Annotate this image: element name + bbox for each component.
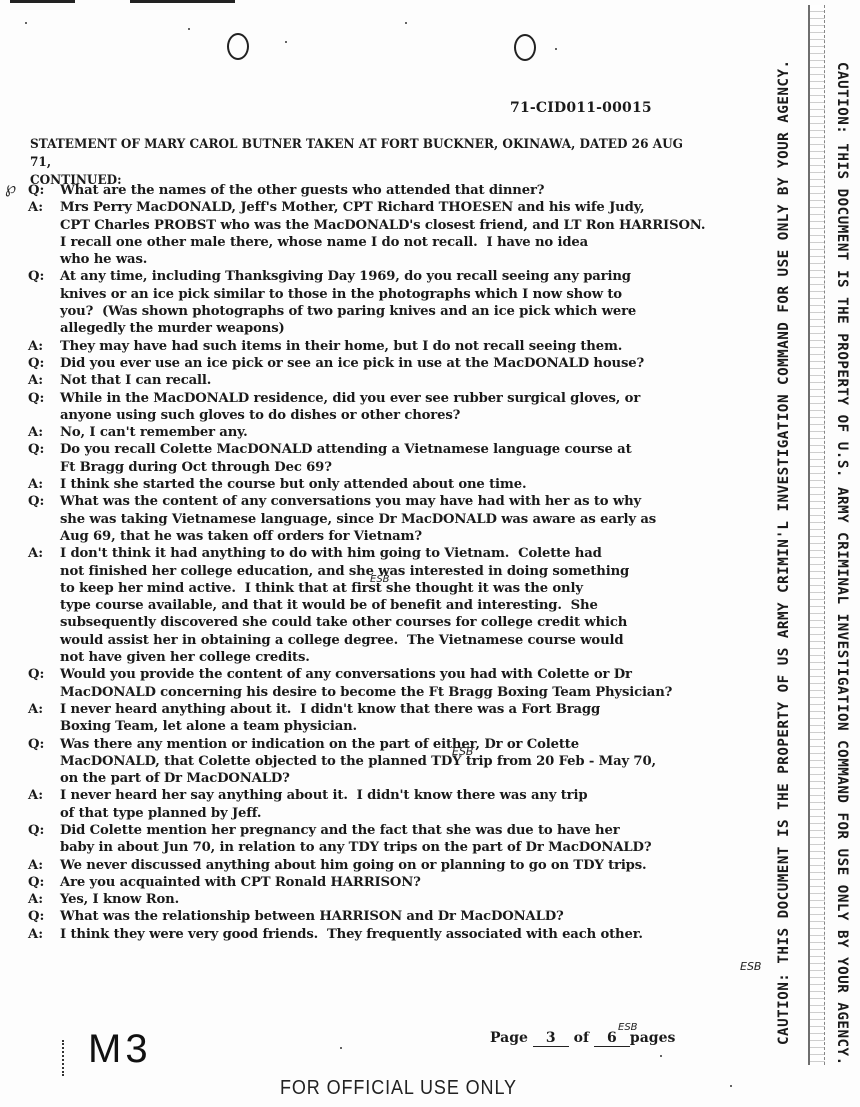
question-entry: Q:What are the names of the other guests…: [18, 182, 778, 199]
answer-entry: A:I don't think it had anything to do wi…: [18, 545, 778, 666]
entry-label: Q:: [18, 390, 60, 425]
entry-label: A:: [18, 701, 60, 736]
question-entry: Q:While in the MacDONALD residence, did …: [18, 390, 778, 425]
entry-label: Q:: [18, 182, 60, 199]
question-entry: Q:What was the relationship between HARR…: [18, 908, 778, 925]
entry-text: What was the content of any conversation…: [60, 493, 778, 545]
handwritten-initials: ESB: [452, 745, 473, 758]
entry-text: Was there any mention or indication on t…: [60, 736, 778, 788]
entry-text: At any time, including Thanksgiving Day …: [60, 268, 778, 337]
question-entry: Q:What was the content of any conversati…: [18, 493, 778, 545]
question-answer-list: Q:What are the names of the other guests…: [18, 182, 778, 943]
speck: [405, 22, 407, 24]
question-entry: Q:Would you provide the content of any c…: [18, 666, 778, 701]
entry-text: They may have had such items in their ho…: [60, 338, 778, 355]
entry-label: A:: [18, 857, 60, 874]
speck: [285, 41, 287, 43]
question-entry: Q:At any time, including Thanksgiving Da…: [18, 268, 778, 337]
entry-text: Not that I can recall.: [60, 372, 778, 389]
exhibit-mark: M3: [88, 1027, 152, 1072]
punch-hole-left: [227, 33, 249, 60]
handwritten-initials: ESB: [740, 960, 761, 973]
entry-text: Are you acquainted with CPT Ronald HARRI…: [60, 874, 778, 891]
speck: [25, 22, 27, 24]
punch-hole-right: [514, 34, 536, 61]
entry-label: A:: [18, 476, 60, 493]
answer-entry: A:Yes, I know Ron.: [18, 891, 778, 908]
entry-text: I never heard anything about it. I didn'…: [60, 701, 778, 736]
answer-entry: A:I never heard her say anything about i…: [18, 787, 778, 822]
page-of: of: [574, 1030, 589, 1046]
footer-classification: FOR OFFICIAL USE ONLY: [280, 1077, 517, 1100]
question-entry: Q:Did Colette mention her pregnancy and …: [18, 822, 778, 857]
entry-text: I think she started the course but only …: [60, 476, 778, 493]
entry-text: No, I can't remember any.: [60, 424, 778, 441]
speck: [730, 1085, 732, 1087]
entry-text: I never heard her say anything about it.…: [60, 787, 778, 822]
answer-entry: A:We never discussed anything about him …: [18, 857, 778, 874]
entry-label: Q:: [18, 268, 60, 337]
margin-bracket: [62, 1040, 70, 1076]
entry-label: A:: [18, 787, 60, 822]
entry-text: Yes, I know Ron.: [60, 891, 778, 908]
question-entry: Q:Did you ever use an ice pick or see an…: [18, 355, 778, 372]
speck: [555, 48, 557, 50]
page-current: 3: [533, 1030, 569, 1047]
entry-label: Q:: [18, 441, 60, 476]
entry-text: While in the MacDONALD residence, did yo…: [60, 390, 778, 425]
speck: [188, 28, 190, 30]
entry-label: Q:: [18, 908, 60, 925]
entry-label: Q:: [18, 355, 60, 372]
entry-label: A:: [18, 545, 60, 666]
entry-text: Would you provide the content of any con…: [60, 666, 778, 701]
entry-label: A:: [18, 372, 60, 389]
document-number: 71-CID011-00015: [510, 100, 652, 116]
handwritten-initials: ESB: [618, 1022, 638, 1033]
entry-text: We never discussed anything about him go…: [60, 857, 778, 874]
caution-banner-left: CAUTION: THIS DOCUMENT IS THE PROPERTY O…: [776, 59, 792, 1045]
margin-stamp-strip: [808, 5, 825, 1065]
answer-entry: A:I never heard anything about it. I did…: [18, 701, 778, 736]
answer-entry: A:Mrs Perry MacDONALD, Jeff's Mother, CP…: [18, 199, 778, 268]
entry-text: What was the relationship between HARRIS…: [60, 908, 778, 925]
page-prefix: Page: [490, 1030, 528, 1046]
entry-text: What are the names of the other guests w…: [60, 182, 778, 199]
entry-label: A:: [18, 338, 60, 355]
question-entry: Q:Was there any mention or indication on…: [18, 736, 778, 788]
entry-text: Did you ever use an ice pick or see an i…: [60, 355, 778, 372]
entry-label: Q:: [18, 493, 60, 545]
question-entry: Q:Do you recall Colette MacDONALD attend…: [18, 441, 778, 476]
entry-text: Did Colette mention her pregnancy and th…: [60, 822, 778, 857]
top-edge-bar: [130, 0, 235, 3]
heading-line: STATEMENT OF MARY CAROL BUTNER TAKEN AT …: [30, 136, 700, 172]
answer-entry: A:Not that I can recall.: [18, 372, 778, 389]
speck: [660, 1055, 662, 1057]
entry-text: I think they were very good friends. The…: [60, 926, 778, 943]
entry-label: Q:: [18, 736, 60, 788]
entry-label: A:: [18, 891, 60, 908]
answer-entry: A:I think she started the course but onl…: [18, 476, 778, 493]
entry-text: Mrs Perry MacDONALD, Jeff's Mother, CPT …: [60, 199, 778, 268]
handwritten-mark: ℘: [5, 178, 16, 197]
entry-label: A:: [18, 424, 60, 441]
answer-entry: A:They may have had such items in their …: [18, 338, 778, 355]
page-indicator: Page 3 of 6pages: [490, 1030, 675, 1047]
speck: [340, 1047, 342, 1049]
entry-label: Q:: [18, 874, 60, 891]
entry-text: I don't think it had anything to do with…: [60, 545, 778, 666]
entry-label: A:: [18, 926, 60, 943]
answer-entry: A:No, I can't remember any.: [18, 424, 778, 441]
question-entry: Q:Are you acquainted with CPT Ronald HAR…: [18, 874, 778, 891]
entry-label: A:: [18, 199, 60, 268]
entry-label: Q:: [18, 822, 60, 857]
top-edge-bar: [10, 0, 75, 3]
entry-label: Q:: [18, 666, 60, 701]
caution-banner-right: CAUTION: THIS DOCUMENT IS THE PROPERTY O…: [834, 62, 850, 1066]
handwritten-initials: ESB: [370, 574, 390, 585]
answer-entry: A:I think they were very good friends. T…: [18, 926, 778, 943]
entry-text: Do you recall Colette MacDONALD attendin…: [60, 441, 778, 476]
